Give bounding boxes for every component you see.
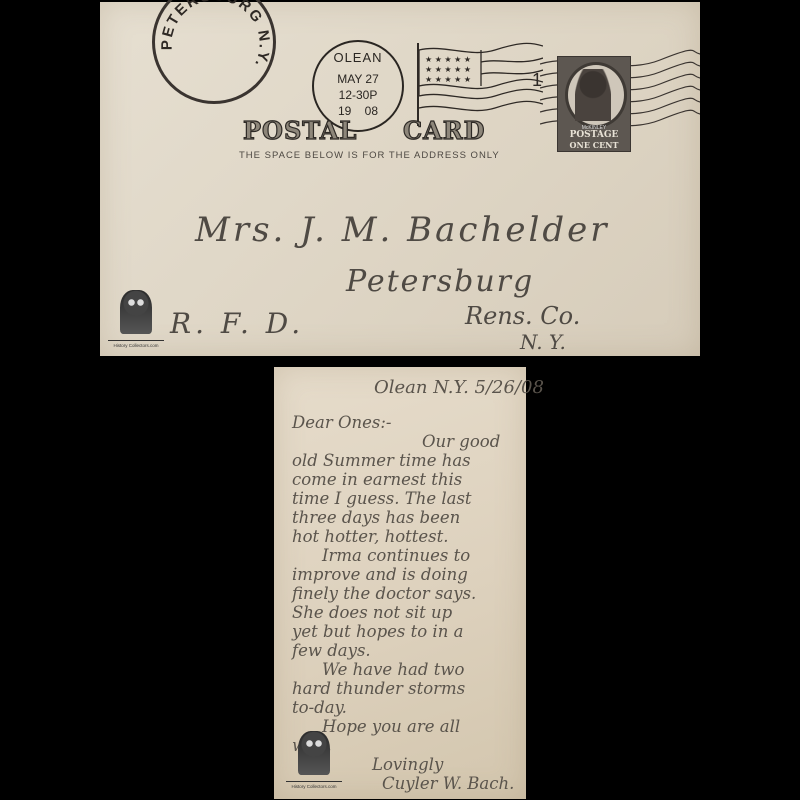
svg-text:★ ★ ★ ★ ★: ★ ★ ★ ★ ★ [425, 65, 471, 74]
svg-text:★ ★ ★ ★ ★: ★ ★ ★ ★ ★ [425, 55, 471, 64]
recipient-county: Rens. Co. [465, 302, 580, 330]
letter-line: Dear Ones:- [292, 413, 391, 432]
stamp-postage-label: POSTAGE [558, 130, 630, 140]
letter-header: Olean N.Y. 5/26/08 [374, 377, 544, 398]
letter-line: hot hotter, hottest. [292, 527, 449, 546]
one-cent-stamp: McKINLEY POSTAGE ONE CENT [557, 56, 631, 152]
letter-line: Our good [422, 432, 500, 451]
postmark-date: MAY 27 [314, 72, 402, 86]
postmark-arc-text: PETERSBURG N.Y. [152, 0, 270, 98]
rural-route: R. F. D. [170, 307, 304, 340]
letter-line: old Summer time has [292, 451, 471, 470]
watermark-caption: History Collectors.com [286, 784, 342, 789]
postcard-front: PETERSBURG N.Y. OLEAN MAY 27 12-30P 19 0… [100, 2, 700, 356]
letter-line: come in earnest this [292, 470, 462, 489]
card-title: CARD [403, 116, 485, 145]
letter-line: hard thunder storms [292, 679, 465, 698]
postcard-back: Olean N.Y. 5/26/08 Dear Ones:-Our goodol… [274, 367, 526, 799]
recipient-name: Mrs. J. M. Bachelder [195, 210, 610, 250]
stamp-value: ONE CENT [558, 140, 630, 150]
postmark-city: OLEAN [314, 50, 402, 65]
recipient-city: Petersburg [346, 264, 534, 299]
letter-line: She does not sit up [292, 603, 452, 622]
mckinley-portrait-icon [575, 69, 611, 121]
owl-icon [120, 290, 152, 334]
svg-text:★ ★ ★ ★ ★: ★ ★ ★ ★ ★ [425, 75, 471, 84]
watermark-logo: History Collectors.com [108, 290, 164, 352]
letter-line: Lovingly [372, 755, 443, 774]
letter-line: Hope you are all [322, 717, 460, 736]
letter-line: Irma continues to [322, 546, 470, 565]
letter-line: We have had two [322, 660, 464, 679]
address-note: THE SPACE BELOW IS FOR THE ADDRESS ONLY [239, 150, 500, 161]
petersburg-postmark: PETERSBURG N.Y. [152, 0, 276, 104]
postal-title: POSTAL [243, 116, 357, 145]
flag-cancel-icon: ★ ★ ★ ★ ★ ★ ★ ★ ★ ★ ★ ★ ★ ★ ★ [415, 40, 543, 126]
letter-line: to-day. [292, 698, 347, 717]
recipient-state: N. Y. [520, 330, 566, 354]
letter-line: time I guess. The last [292, 489, 472, 508]
letter-line: finely the doctor says. [292, 584, 476, 603]
svg-text:PETERSBURG N.Y.: PETERSBURG N.Y. [159, 0, 270, 71]
watermark-logo: History Collectors.com [286, 731, 342, 793]
postmark-time: 12-30P [314, 88, 402, 102]
owl-icon [298, 731, 330, 775]
letter-line: three days has been [292, 508, 460, 527]
letter-line: few days. [292, 641, 371, 660]
letter-line: Cuyler W. Bach. [382, 774, 514, 793]
letter-line: yet but hopes to in a [292, 622, 463, 641]
watermark-caption: History Collectors.com [108, 343, 164, 348]
letter-line: improve and is doing [292, 565, 468, 584]
